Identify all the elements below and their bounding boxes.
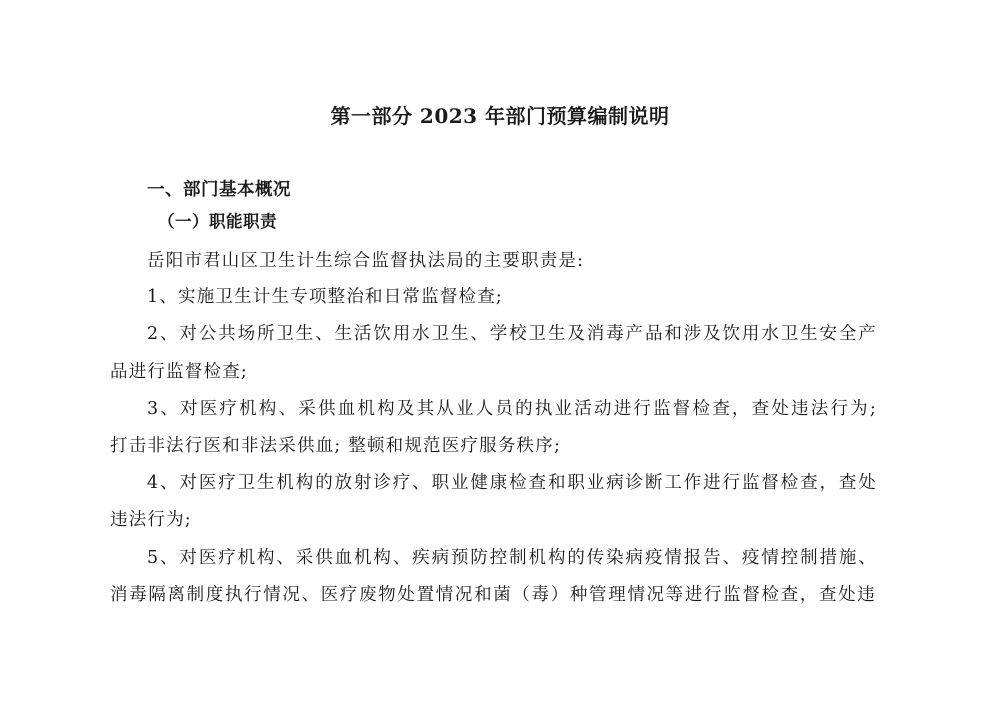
duty-item-3-cont: 打击非法行医和非法采供血; 整顿和规范医疗服务秩序; <box>110 434 880 458</box>
section-heading: 一、部门基本概况 <box>147 178 917 202</box>
duty-item-3: 3、对医疗机构、采供血机构及其从业人员的执业活动进行监督检查，查处违法行为; <box>147 397 877 421</box>
page-title: 第一部分 2023 年部门预算编制说明 <box>0 100 1000 129</box>
duty-item-2-cont: 品进行监督检查; <box>110 360 880 384</box>
intro-paragraph: 岳阳市君山区卫生计生综合监督执法局的主要职责是: <box>147 249 917 273</box>
duty-item-5-cont: 消毒隔离制度执行情况、医疗废物处置情况和菌（毒）种管理情况等进行监督检查，查处违 <box>110 583 876 607</box>
duty-item-4-cont: 违法行为; <box>110 508 880 532</box>
duty-item-2: 2、对公共场所卫生、生活饮用水卫生、学校卫生及消毒产品和涉及饮用水卫生安全产 <box>147 322 877 346</box>
subsection-heading: （一）职能职责 <box>158 210 928 234</box>
document-page: 第一部分 2023 年部门预算编制说明 一、部门基本概况 （一）职能职责 岳阳市… <box>0 0 1000 706</box>
duty-item-4: 4、对医疗卫生机构的放射诊疗、职业健康检查和职业病诊断工作进行监督检查，查处 <box>147 471 877 495</box>
duty-item-1: 1、实施卫生计生专项整治和日常监督检查; <box>147 285 917 309</box>
duty-item-5: 5、对医疗机构、采供血机构、疾病预防控制机构的传染病疫情报告、疫情控制措施、 <box>147 546 877 570</box>
